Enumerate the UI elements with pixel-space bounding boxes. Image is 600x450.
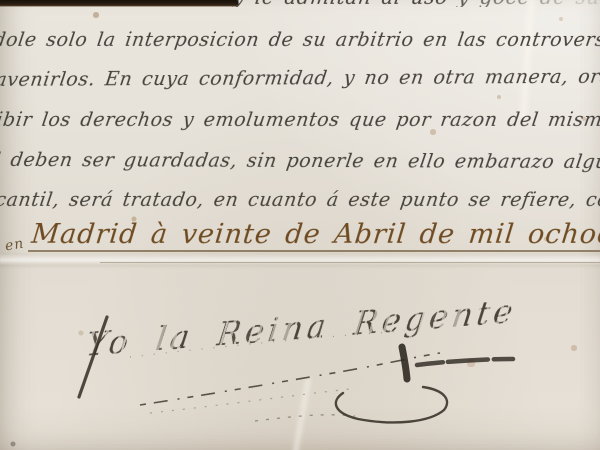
manuscript-line: avenirlos. En cuya conformidad, y no en … [0,68,600,90]
manuscript-line: l deben ser guardadas, sin ponerle en el… [0,151,600,172]
date-underline [28,250,600,252]
manuscript-line: dole solo la interposicion de su arbitri… [0,31,600,50]
date-underline-secondary [100,262,600,263]
thick-underline-bar [0,0,238,6]
vertical-fold-crease [520,0,536,120]
manuscript-line: ibir los derechos y emolumentos que por … [0,111,600,130]
manuscript-line: cantil, será tratado, en cuanto á este p… [0,191,600,210]
date-line: Madrid à veinte de Abril de mil ochocie [30,219,600,250]
horizontal-fold-crease [0,253,600,269]
manuscript-page: y le admitan al uso y goce de su dole so… [0,0,600,450]
manuscript-line: y le admitan al uso y goce de su [232,0,600,7]
date-line-prefix: en [4,236,26,255]
signature-flourish [55,295,555,445]
